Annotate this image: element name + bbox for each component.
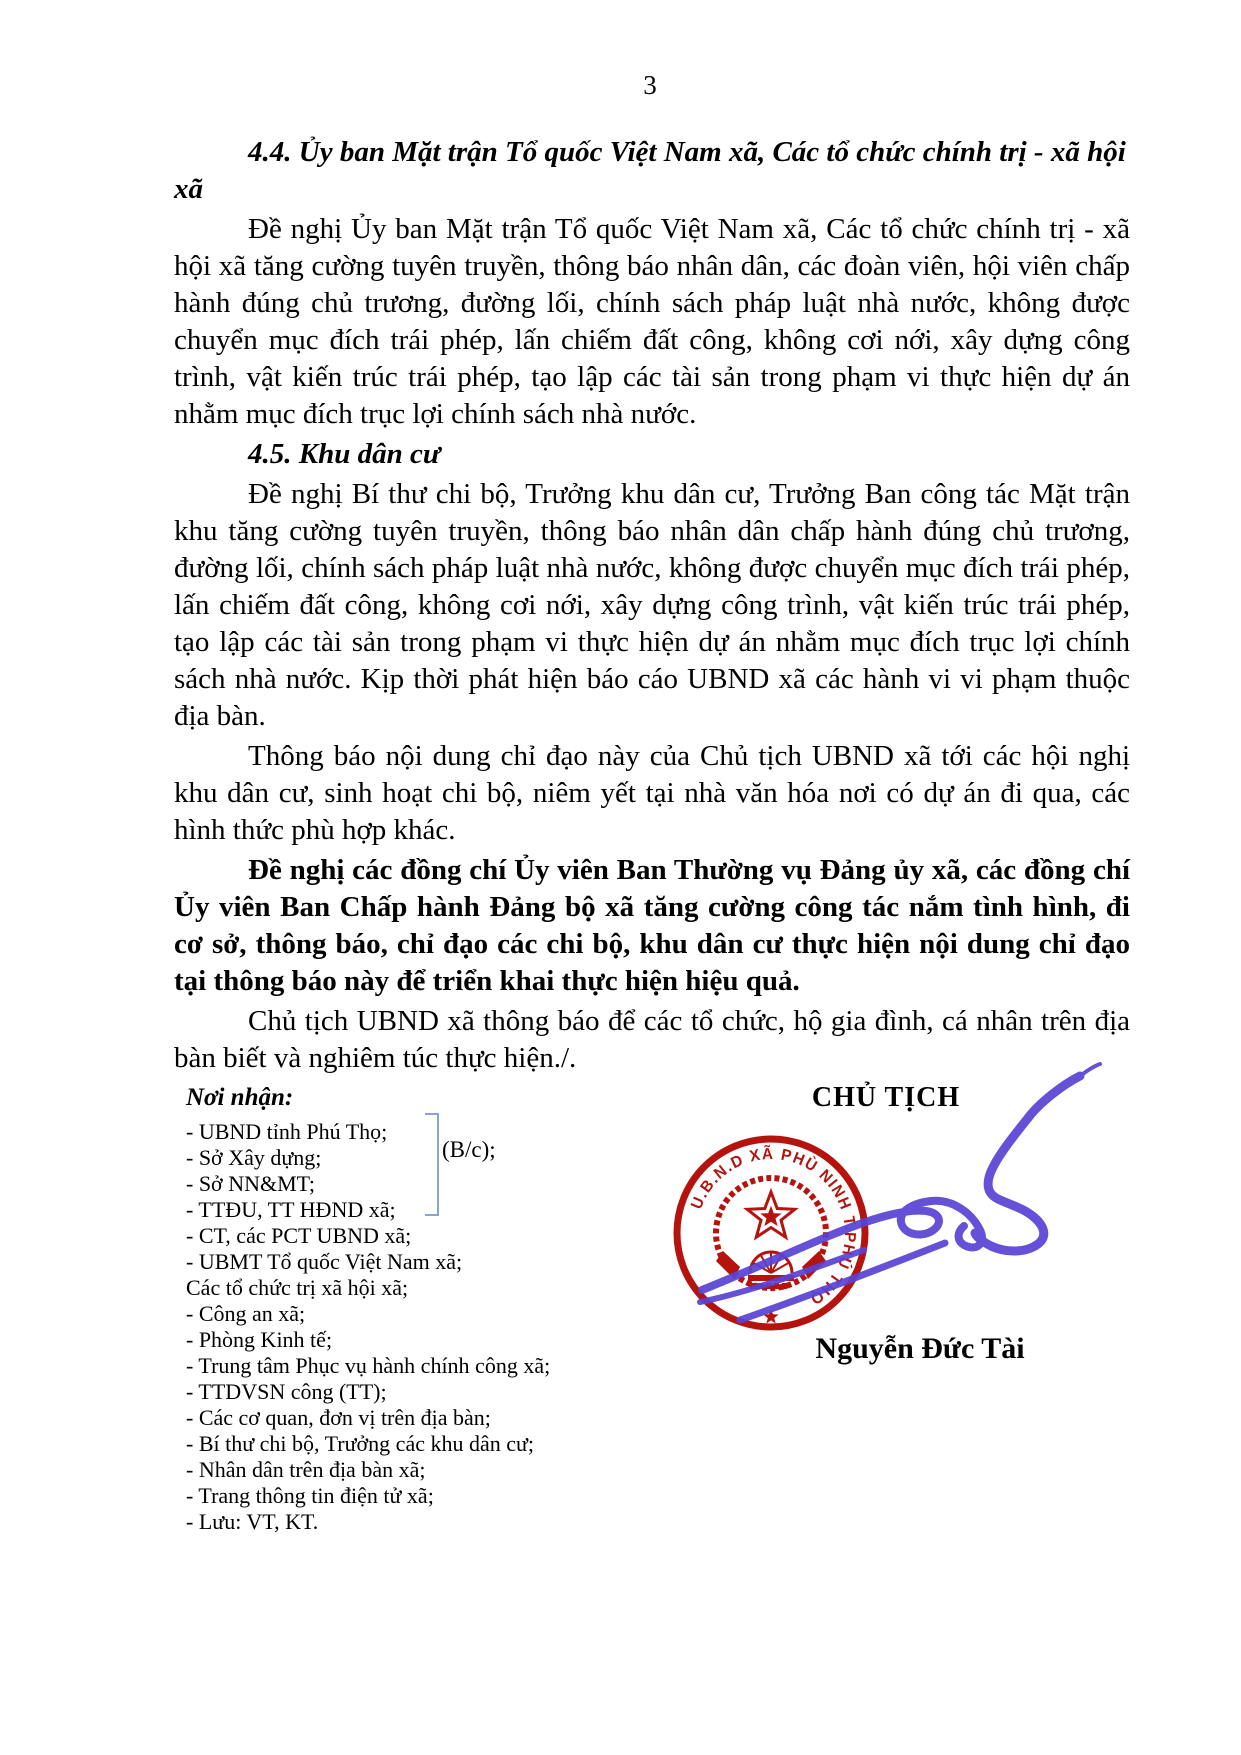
section-heading-4-4: 4.4. Ủy ban Mặt trận Tổ quốc Việt Nam xã… xyxy=(174,134,1130,208)
signature-ink xyxy=(640,1040,1241,1340)
recipient-item: - TTĐU, TT HĐND xã; xyxy=(186,1197,606,1223)
document-page: 3 4.4. Ủy ban Mặt trận Tổ quốc Việt Nam … xyxy=(0,0,1241,1755)
section-heading-4-5: 4.5. Khu dân cư xyxy=(174,436,1130,473)
recipient-item: - Sở Xây dựng; xyxy=(186,1145,606,1171)
document-body: 4.4. Ủy ban Mặt trận Tổ quốc Việt Nam xã… xyxy=(174,134,1130,1080)
recipient-item: - Nhân dân trên địa bàn xã; xyxy=(186,1457,606,1483)
paragraph-4-5: Đề nghị Bí thư chi bộ, Trưởng khu dân cư… xyxy=(174,476,1130,735)
recipient-item: - UBND tỉnh Phú Thọ; xyxy=(186,1119,606,1145)
recipient-item: - Lưu: VT, KT. xyxy=(186,1509,606,1535)
recipient-item: - Trang thông tin điện tử xã; xyxy=(186,1483,606,1509)
recipient-item: - UBMT Tổ quốc Việt Nam xã; xyxy=(186,1249,606,1275)
recipient-item: - CT, các PCT UBND xã; xyxy=(186,1223,606,1249)
page-number: 3 xyxy=(620,70,680,101)
report-copy-bracket xyxy=(425,1113,439,1216)
recipient-item: - Trung tâm Phục vụ hành chính công xã; xyxy=(186,1353,606,1379)
signature-stroke-main xyxy=(975,1076,1080,1251)
paragraph-request-bold: Đề nghị các đồng chí Ủy viên Ban Thường … xyxy=(174,852,1130,1000)
report-copy-note: (B/c); xyxy=(442,1137,496,1163)
paragraph-4-4: Đề nghị Ủy ban Mặt trận Tổ quốc Việt Nam… xyxy=(174,211,1130,433)
recipient-item: - Phòng Kinh tế; xyxy=(186,1327,606,1353)
recipients-label: Nơi nhận: xyxy=(186,1084,606,1112)
recipient-item: - Bí thư chi bộ, Trưởng các khu dân cư; xyxy=(186,1431,606,1457)
recipient-item: - Công an xã; xyxy=(186,1301,606,1327)
signature-stroke-tip xyxy=(1080,1064,1100,1076)
recipient-item: - Sở NN&MT; xyxy=(186,1171,606,1197)
recipient-item: - Các cơ quan, đơn vị trên địa bàn; xyxy=(186,1405,606,1431)
paragraph-notice: Thông báo nội dung chỉ đạo này của Chủ t… xyxy=(174,738,1130,849)
recipients-block: Nơi nhận: - UBND tỉnh Phú Thọ; - Sở Xây … xyxy=(186,1084,606,1535)
recipient-item: Các tổ chức trị xã hội xã; xyxy=(186,1275,606,1301)
recipient-item: - TTDVSN công (TT); xyxy=(186,1379,606,1405)
signer-name: Nguyễn Đức Tài xyxy=(770,1332,1070,1366)
